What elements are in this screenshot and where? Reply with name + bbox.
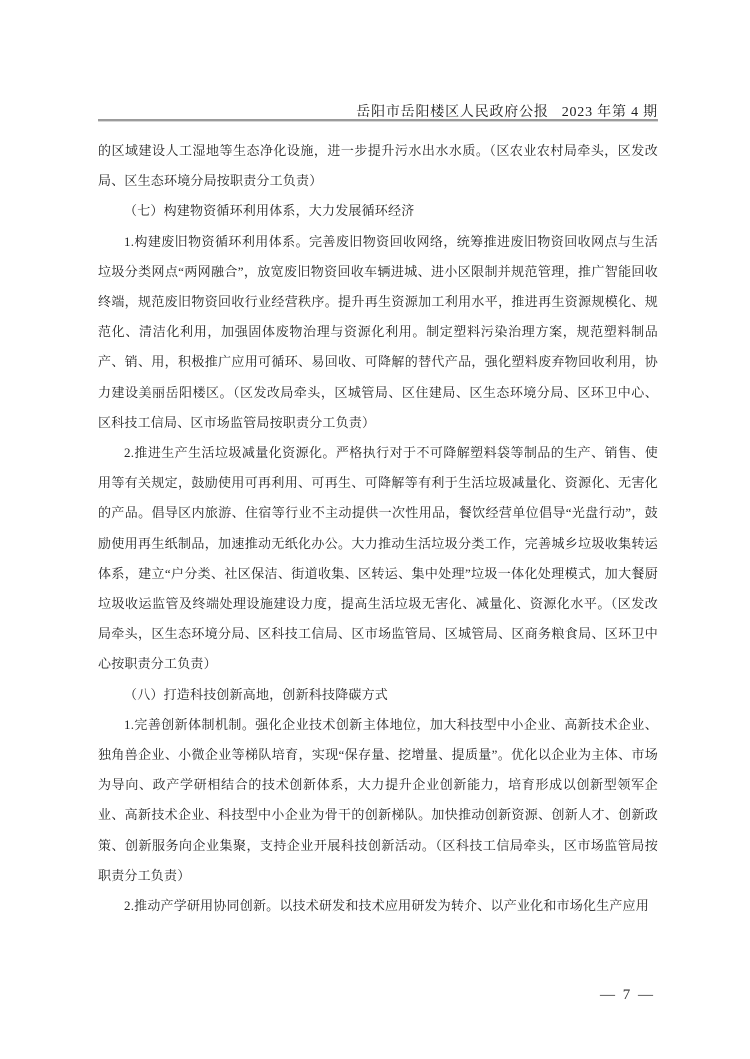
journal-title: 岳阳市岳阳楼区人民政府公报 [356,105,548,120]
paragraph-continuation: 的区域建设人工湿地等生态净化设施，进一步提升污水出水水质。（区农业农村局牵头，区… [98,136,658,196]
section-heading-8: （八）打造科技创新高地，创新科技降碳方式 [98,680,658,710]
page-number: — 7 — [600,987,655,1004]
issue-label: 2023 年第 4 期 [562,105,658,120]
header-rule [98,119,658,121]
section-heading-7: （七）构建物资循环利用体系，大力发展循环经济 [98,196,658,226]
paragraph-item-2: 2.推进生产生活垃圾减量化资源化。严格执行对于不可降解塑料袋等制品的生产、销售、… [98,438,658,680]
gazette-page: 岳阳市岳阳楼区人民政府公报2023 年第 4 期 的区域建设人工湿地等生态净化设… [0,0,750,1059]
paragraph-item-1: 1.构建废旧物资循环利用体系。完善废旧物资回收网络，统筹推进废旧物资回收网点与生… [98,227,658,438]
paragraph-item-2b: 2.推动产学研用协同创新。以技术研发和技术应用研发为转介、以产业化和市场化生产应… [98,891,658,921]
document-body: 的区域建设人工湿地等生态净化设施，进一步提升污水出水水质。（区农业农村局牵头，区… [98,136,658,921]
paragraph-item-1b: 1.完善创新体制机制。强化企业技术创新主体地位，加大科技型中小企业、高新技术企业… [98,710,658,891]
page-header: 岳阳市岳阳楼区人民政府公报2023 年第 4 期 [98,101,658,120]
